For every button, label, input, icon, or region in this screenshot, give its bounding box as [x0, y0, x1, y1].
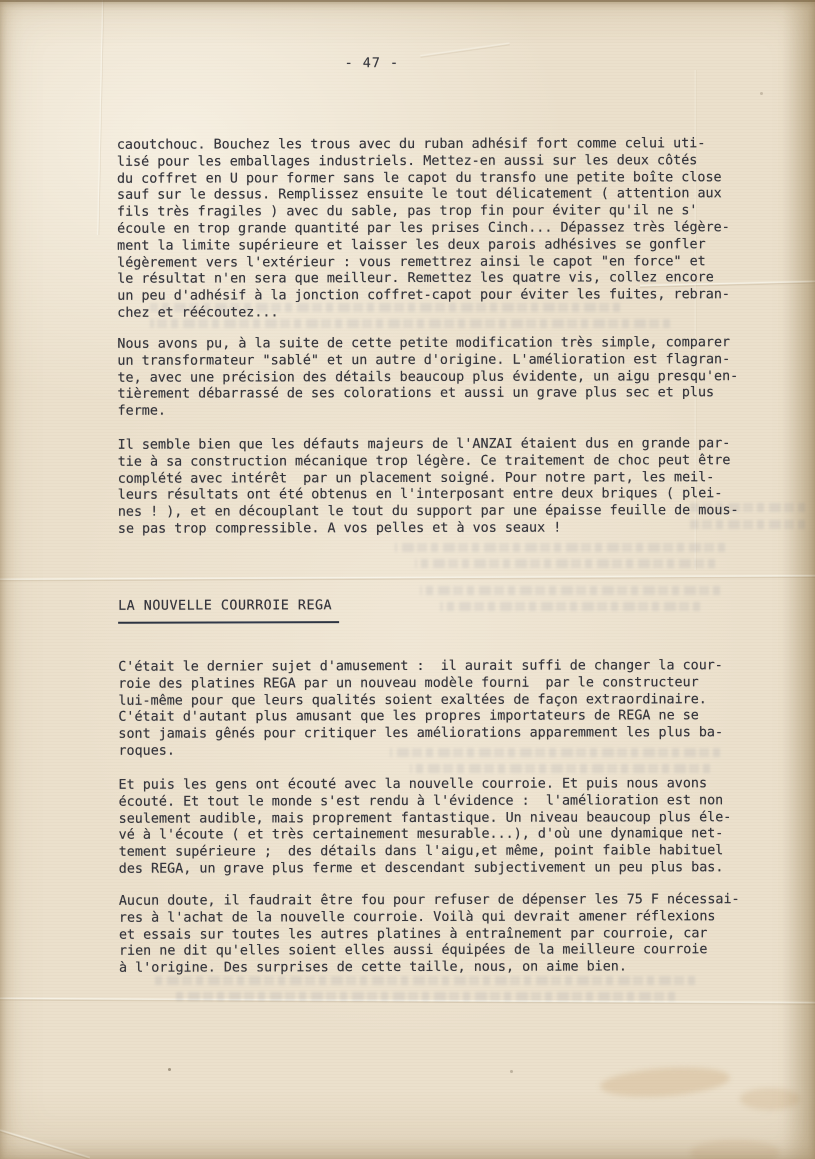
section-heading-underline: [118, 621, 339, 624]
body-paragraph-2: Nous avons pu, à la suite de cette petit…: [117, 335, 777, 421]
body-paragraph-6: Aucun doute, il faudrait être fou pour r…: [119, 892, 779, 978]
scan-top-edge: [0, 0, 815, 2]
body-paragraph-5: Et puis les gens ont écouté avec la nouv…: [119, 776, 779, 879]
body-paragraph-4: C'était le dernier sujet d'amusement : i…: [118, 658, 778, 761]
page-number: - 47 -: [345, 56, 399, 71]
scanned-document-page: - 47 - caoutchouc. Bouchez les trous ave…: [0, 0, 815, 1159]
typed-text-layer: - 47 - caoutchouc. Bouchez les trous ave…: [0, 0, 815, 1159]
section-heading: LA NOUVELLE COURROIE REGA: [118, 597, 778, 616]
body-paragraph-1: caoutchouc. Bouchez les trous avec du ru…: [117, 136, 777, 322]
body-paragraph-3: Il semble bien que les défauts majeurs d…: [118, 436, 778, 539]
